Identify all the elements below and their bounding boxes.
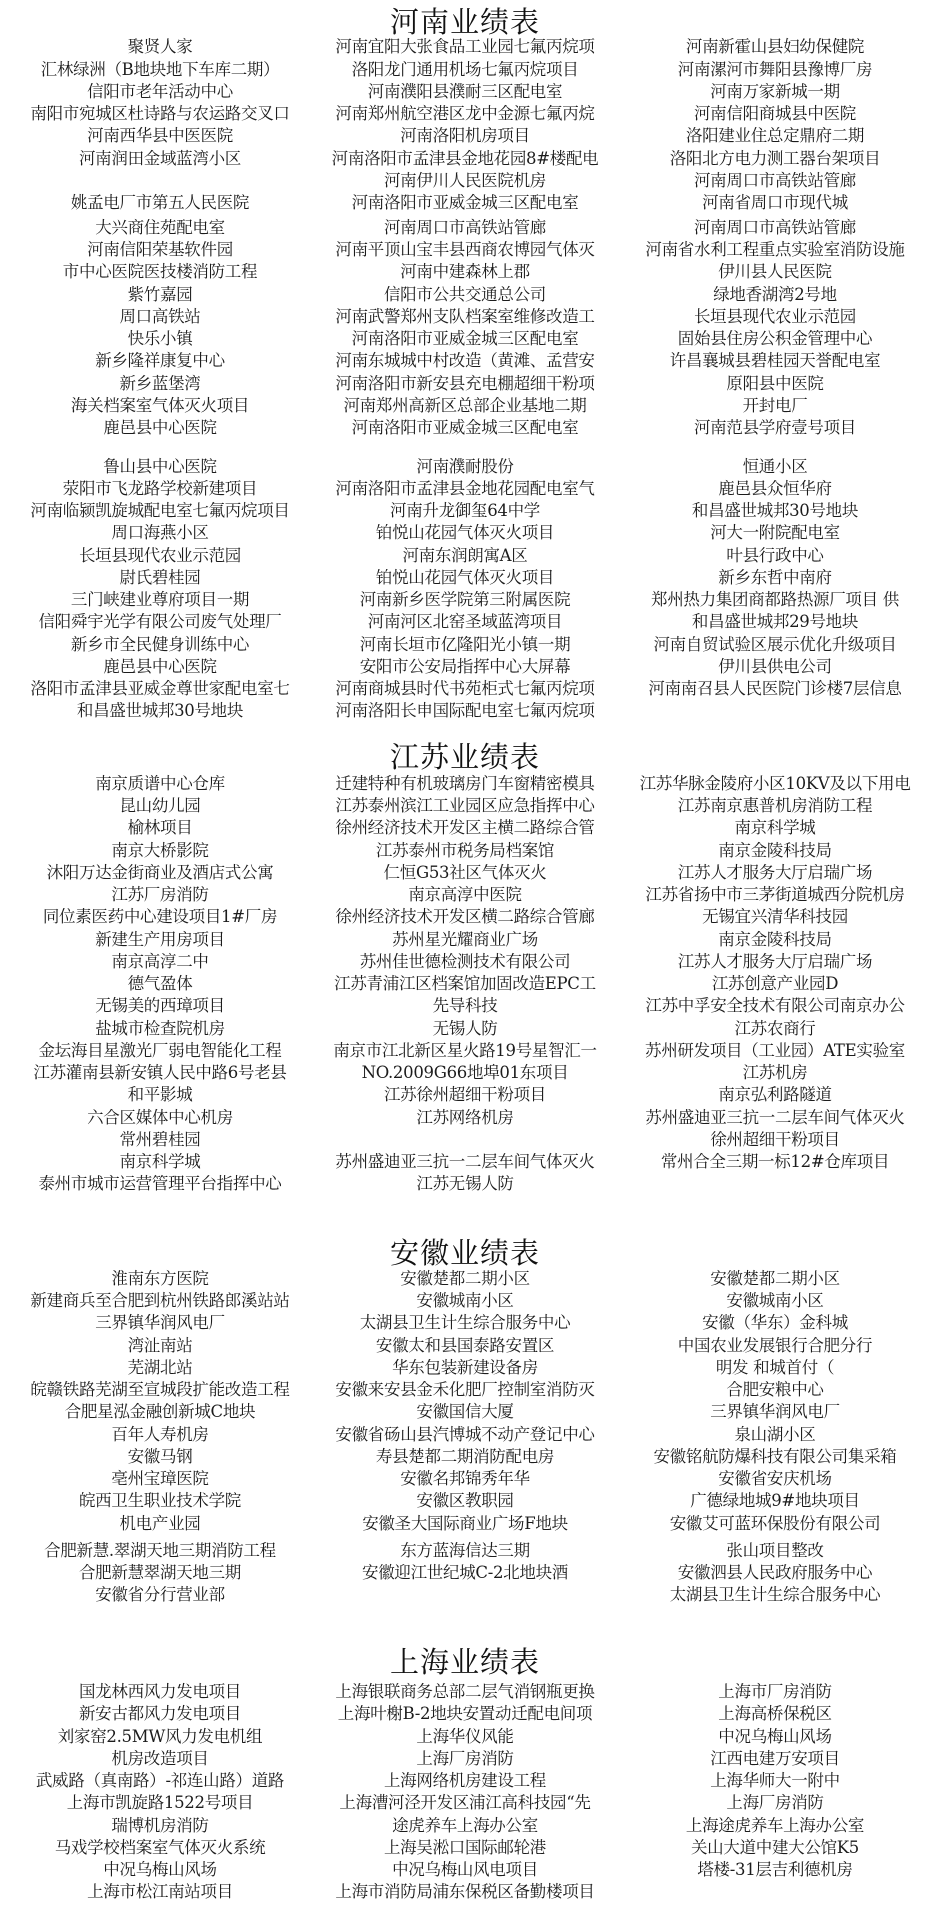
- project-cell: 鹿邑县中心医院: [5, 656, 315, 678]
- table-row: 国龙林西风力发电项目上海银联商务总部二层气消钢瓶更换上海市厂房消防: [0, 1681, 930, 1703]
- project-cell: 河南信阳商城县中医院: [620, 103, 930, 125]
- table-row: 上海市松江南站项目上海市消防局浦东保税区备勤楼项目: [0, 1881, 930, 1903]
- project-cell: 皖赣铁路芜湖至宣城段扩能改造工程: [5, 1379, 315, 1401]
- project-cell: 安徽楚都二期小区: [620, 1268, 930, 1290]
- table-row: 安徽马钢寿县楚都二期消防配电房安徽铭航防爆科技有限公司集采箱: [0, 1446, 930, 1468]
- project-cell: 江苏泰州滨江工业园区应急指挥中心: [310, 795, 620, 817]
- project-cell: 安徽来安县金禾化肥厂控制室消防灭: [310, 1379, 620, 1401]
- project-cell: 机电产业园: [5, 1513, 315, 1535]
- project-cell: 新安古都风力发电项目: [5, 1703, 315, 1725]
- project-cell: 无锡人防: [310, 1018, 620, 1040]
- project-cell: 河南郑州高新区总部企业基地二期: [310, 395, 620, 417]
- table-row: 新建商兵至合肥到杭州铁路郎溪站站安徽城南小区安徽城南小区: [0, 1290, 930, 1312]
- project-cell: 合肥星泓金融创新城C地块: [5, 1401, 315, 1423]
- project-cell: 河南新霍山县妇幼保健院: [620, 36, 930, 58]
- project-cell: 安徽泗县人民政府服务中心: [620, 1562, 930, 1584]
- project-cell: 苏州盛迪亚三抗一二层车间气体灭火: [620, 1107, 930, 1129]
- project-cell: 长垣县现代农业示范园: [620, 306, 930, 328]
- table-row: 江苏厂房消防南京高淳中医院江苏省扬中市三茅街道城西分院机房: [0, 884, 930, 906]
- project-cell: 河南平顶山宝丰县西商农博园气体灭: [310, 239, 620, 261]
- project-cell: 汇林绿洲（B地块地下车库二期）: [5, 59, 315, 81]
- project-cell: 许昌襄城县碧桂园天誉配电室: [620, 350, 930, 372]
- project-cell: 洛阳龙门通用机场七氟丙烷项目: [310, 59, 620, 81]
- project-cell: 苏州佳世德检测技术有限公司: [310, 951, 620, 973]
- project-cell: 江苏人才服务大厅启瑞广场: [620, 862, 930, 884]
- table-row: 机房改造项目上海厂房消防江西电建万安项目: [0, 1748, 930, 1770]
- table-row: 江苏灌南县新安镇人民中路6号老县NO.2009G66地埠01东项目江苏机房: [0, 1062, 930, 1084]
- section-title: 河南业绩表: [0, 5, 930, 39]
- project-cell: 河南洛阳长申国际配电室七氟丙烷项: [310, 700, 620, 722]
- project-cell: 广德绿地城9#地块项目: [620, 1490, 930, 1512]
- project-cell: 国龙林西风力发电项目: [5, 1681, 315, 1703]
- project-cell: 中况乌梅山风电项目: [310, 1859, 620, 1881]
- project-cell: 苏州研发项目（工业园）ATE实验室: [620, 1040, 930, 1062]
- project-cell: 亳州宝璋医院: [5, 1468, 315, 1490]
- table-row: 鹿邑县中心医院河南洛阳市亚威金城三区配电室河南范县学府壹号项目: [0, 417, 930, 439]
- project-cell: 武威路（真南路）-祁连山路）道路: [5, 1770, 315, 1792]
- table-row: 南京科学城苏州盛迪亚三抗一二层车间气体灭火常州合全三期一标12#仓库项目: [0, 1151, 930, 1173]
- project-cell: 鹿邑县中心医院: [5, 417, 315, 439]
- project-cell: 安徽铭航防爆科技有限公司集采箱: [620, 1446, 930, 1468]
- project-cell: 洛阳北方电力测工器台架项目: [620, 148, 930, 170]
- project-cell: 上海银联商务总部二层气消钢瓶更换: [310, 1681, 620, 1703]
- project-cell: 河南濮耐股份: [310, 456, 620, 478]
- project-cell: 南京质谱中心仓库: [5, 773, 315, 795]
- section-title: 江苏业绩表: [0, 740, 930, 774]
- project-cell: 徐州超细干粉项目: [620, 1129, 930, 1151]
- project-cell: 江苏南京惠普机房消防工程: [620, 795, 930, 817]
- project-cell: 昆山幼儿园: [5, 795, 315, 817]
- project-cell: 马戏学校档案室气体灭火系统: [5, 1837, 315, 1859]
- project-cell: 快乐小镇: [5, 328, 315, 350]
- project-cell: 上海市松江南站项目: [5, 1881, 315, 1903]
- project-cell: 河南河区北窑圣域蓝湾项目: [310, 611, 620, 633]
- project-cell: 上海叶榭B-2地块安置动迁配电间项: [310, 1703, 620, 1725]
- table-row: 南京大桥影院江苏泰州市税务局档案馆南京金陵科技局: [0, 840, 930, 862]
- project-cell: 沐阳万达金街商业及酒店式公寓: [5, 862, 315, 884]
- project-cell: 周口海燕小区: [5, 522, 315, 544]
- project-cell: 河南漯河市舞阳县豫博厂房: [620, 59, 930, 81]
- table-row: 南京质谱中心仓库迁建特种有机玻璃房门车窗精密模具江苏华脉金陵府小区10KV及以下…: [0, 773, 930, 795]
- project-cell: 徐州经济技术开发区主横二路综合管: [310, 817, 620, 839]
- project-cell: 河南南召县人民医院门诊楼7层信息: [620, 678, 930, 700]
- project-cell: 无锡美的西璋项目: [5, 995, 315, 1017]
- project-cell: 河南东润朗寓A区: [310, 545, 620, 567]
- project-cell: 新乡市全民健身训练中心: [5, 634, 315, 656]
- project-cell: 新建生产用房项目: [5, 929, 315, 951]
- table-row: 新乡市全民健身训练中心河南长垣市亿隆阳光小镇一期河南自贸试验区展示优化升级项目: [0, 634, 930, 656]
- project-cell: 尉氏碧桂园: [5, 567, 315, 589]
- project-cell: 塔楼-31层吉利德机房: [620, 1859, 930, 1881]
- table-row: 紫竹嘉园信阳市公共交通总公司绿地香湖湾2号地: [0, 284, 930, 306]
- project-cell: 河南濮阳县濮耐三区配电室: [310, 81, 620, 103]
- project-cell: 南京大桥影院: [5, 840, 315, 862]
- project-cell: 安徽国信大厦: [310, 1401, 620, 1423]
- table-row: 河南伊川人民医院机房河南周口市高铁站管廊: [0, 170, 930, 192]
- project-cell: 鹿邑县众恒华府: [620, 478, 930, 500]
- table-row: 常州碧桂园徐州超细干粉项目: [0, 1129, 930, 1151]
- table-row: 南京高淳二中苏州佳世德检测技术有限公司江苏人才服务大厅启瑞广场: [0, 951, 930, 973]
- project-cell: 六合区媒体中心机房: [5, 1107, 315, 1129]
- project-cell: 河南洛阳市亚威金城三区配电室: [310, 328, 620, 350]
- table-row: 信阳舜宇光学有限公司废气处理厂河南河区北窑圣域蓝湾项目和昌盛世城邦29号地块: [0, 611, 930, 633]
- table-row: 武威路（真南路）-祁连山路）道路上海网络机房建设工程上海华师大一附中: [0, 1770, 930, 1792]
- table-row: 河南信阳荣基软件园河南平顶山宝丰县西商农博园气体灭河南省水利工程重点实验室消防设…: [0, 239, 930, 261]
- project-cell: 河南东城城中村改造（黄滩、孟营安: [310, 350, 620, 372]
- project-cell: 芜湖北站: [5, 1357, 315, 1379]
- project-cell: 徐州经济技术开发区横二路综合管廊: [310, 906, 620, 928]
- project-cell: 太湖县卫生计生综合服务中心: [310, 1312, 620, 1334]
- project-cell: 江苏厂房消防: [5, 884, 315, 906]
- table-row: 新乡蓝堡湾河南洛阳市新安县充电棚超细干粉项原阳县中医院: [0, 373, 930, 395]
- project-cell: 原阳县中医院: [620, 373, 930, 395]
- project-cell: 明发 和城首付（: [620, 1357, 930, 1379]
- project-cell: 上海高桥保税区: [620, 1703, 930, 1725]
- project-cell: 大兴商住苑配电室: [5, 217, 315, 239]
- table-row: 快乐小镇河南洛阳市亚威金城三区配电室固始县住房公积金管理中心: [0, 328, 930, 350]
- project-cell: 荥阳市飞龙路学校新建项目: [5, 478, 315, 500]
- table-row: 机电产业园安徽圣大国际商业广场F地块安徽艾可蓝环保股份有限公司: [0, 1513, 930, 1535]
- table-row: 新安古都风力发电项目上海叶榭B-2地块安置动迁配电间项上海高桥保税区: [0, 1703, 930, 1725]
- project-cell: 瑞博机房消防: [5, 1815, 315, 1837]
- project-cell: 先导科技: [310, 995, 620, 1017]
- project-cell: 常州碧桂园: [5, 1129, 315, 1151]
- project-cell: 南京金陵科技局: [620, 840, 930, 862]
- project-cell: 中国农业发展银行合肥分行: [620, 1335, 930, 1357]
- table-row: 三门峡建业尊府项目一期河南新乡医学院第三附属医院郑州热力集团商都路热源厂项目 供: [0, 589, 930, 611]
- project-cell: 新乡东哲中南府: [620, 567, 930, 589]
- table-row: 姚孟电厂市第五人民医院河南洛阳市亚威金城三区配电室河南省周口市现代城: [0, 192, 930, 214]
- table-row: 淮南东方医院安徽楚都二期小区安徽楚都二期小区: [0, 1268, 930, 1290]
- project-cell: 开封电厂: [620, 395, 930, 417]
- project-cell: 安徽迎江世纪城C-2北地块酒: [310, 1562, 620, 1584]
- table-row: 三界镇华润风电厂太湖县卫生计生综合服务中心安徽（华东）金科城: [0, 1312, 930, 1334]
- project-cell: 铂悦山花园气体灭火项目: [310, 522, 620, 544]
- project-cell: 江苏农商行: [620, 1018, 930, 1040]
- project-cell: 安徽省砀山县汽博城不动产登记中心: [310, 1424, 620, 1446]
- table-row: 金坛海目星激光厂弱电智能化工程南京市江北新区星火路19号星智汇一苏州研发项目（工…: [0, 1040, 930, 1062]
- project-cell: 河南商城县时代书苑柜式七氟丙烷项: [310, 678, 620, 700]
- project-cell: 百年人寿机房: [5, 1424, 315, 1446]
- project-cell: 新乡隆祥康复中心: [5, 350, 315, 372]
- project-cell: 南京高淳二中: [5, 951, 315, 973]
- project-cell: 和昌盛世城邦30号地块: [5, 700, 315, 722]
- project-cell: 中况乌梅山风场: [620, 1726, 930, 1748]
- table-row: 泰州市城市运营管理平台指挥中心江苏无锡人防: [0, 1173, 930, 1195]
- project-cell: 三门峡建业尊府项目一期: [5, 589, 315, 611]
- project-cell: 河南郑州航空港区龙中金源七氟丙烷: [310, 103, 620, 125]
- project-cell: 迁建特种有机玻璃房门车窗精密模具: [310, 773, 620, 795]
- project-cell: 上海市凯旋路1522号项目: [5, 1792, 315, 1814]
- table-row: 沐阳万达金街商业及酒店式公寓仁恒G53社区气体灭火江苏人才服务大厅启瑞广场: [0, 862, 930, 884]
- project-cell: 德气盈体: [5, 973, 315, 995]
- project-cell: 江苏无锡人防: [310, 1173, 620, 1195]
- project-cell: 安阳市公安局指挥中心大屏幕: [310, 656, 620, 678]
- project-cell: 伊川县供电公司: [620, 656, 930, 678]
- table-row: 芜湖北站华东包装新建设备房明发 和城首付（: [0, 1357, 930, 1379]
- project-cell: 固始县住房公积金管理中心: [620, 328, 930, 350]
- table-row: 刘家窑2.5MW风力发电机组上海华仪风能中况乌梅山风场: [0, 1726, 930, 1748]
- project-cell: 和昌盛世城邦30号地块: [620, 500, 930, 522]
- table-row: 聚贤人家河南宜阳大张食品工业园七氟丙烷项河南新霍山县妇幼保健院: [0, 36, 930, 58]
- table-row: 无锡美的西璋项目先导科技江苏中孚安全技术有限公司南京办公: [0, 995, 930, 1017]
- table-row: 昆山幼儿园江苏泰州滨江工业园区应急指挥中心江苏南京惠普机房消防工程: [0, 795, 930, 817]
- table-row: 和昌盛世城邦30号地块河南洛阳长申国际配电室七氟丙烷项: [0, 700, 930, 722]
- table-row: 中况乌梅山风场中况乌梅山风电项目塔楼-31层吉利德机房: [0, 1859, 930, 1881]
- project-cell: 途虎养车上海办公室: [310, 1815, 620, 1837]
- project-cell: 仁恒G53社区气体灭火: [310, 862, 620, 884]
- project-cell: 伊川县人民医院: [620, 261, 930, 283]
- project-cell: 河南周口市高铁站管廊: [310, 217, 620, 239]
- project-cell: 上海吴淞口国际邮轮港: [310, 1837, 620, 1859]
- project-cell: 上海途虎养车上海办公室: [620, 1815, 930, 1837]
- project-cell: 安徽名邦锦秀年华: [310, 1468, 620, 1490]
- project-cell: 聚贤人家: [5, 36, 315, 58]
- project-cell: 机房改造项目: [5, 1748, 315, 1770]
- project-cell: 刘家窑2.5MW风力发电机组: [5, 1726, 315, 1748]
- table-row: 鲁山县中心医院河南濮耐股份恒通小区: [0, 456, 930, 478]
- project-cell: 河南新乡医学院第三附属医院: [310, 589, 620, 611]
- project-cell: 恒通小区: [620, 456, 930, 478]
- project-cell: 合肥安粮中心: [620, 1379, 930, 1401]
- project-cell: 周口高铁站: [5, 306, 315, 328]
- project-cell: 常州合全三期一标12#仓库项目: [620, 1151, 930, 1173]
- project-cell: 河南省周口市现代城: [620, 192, 930, 214]
- project-cell: 安徽省分行营业部: [5, 1584, 315, 1606]
- table-row: 信阳市老年活动中心河南濮阳县濮耐三区配电室河南万家新城一期: [0, 81, 930, 103]
- project-cell: 东方蓝海信达三期: [310, 1540, 620, 1562]
- project-cell: 河南信阳荣基软件园: [5, 239, 315, 261]
- project-cell: 上海厂房消防: [620, 1792, 930, 1814]
- project-cell: 金坛海目星激光厂弱电智能化工程: [5, 1040, 315, 1062]
- table-row: 尉氏碧桂园铂悦山花园气体灭火项目新乡东哲中南府: [0, 567, 930, 589]
- project-cell: 江苏机房: [620, 1062, 930, 1084]
- table-row: 河南临颍凯旋城配电室七氟丙烷项目河南升龙御玺64中学和昌盛世城邦30号地块: [0, 500, 930, 522]
- project-cell: 安徽圣大国际商业广场F地块: [310, 1513, 620, 1535]
- project-cell: 江苏泰州市税务局档案馆: [310, 840, 620, 862]
- project-cell: 安徽区教职园: [310, 1490, 620, 1512]
- project-cell: 淮南东方医院: [5, 1268, 315, 1290]
- table-row: 汇林绿洲（B地块地下车库二期）洛阳龙门通用机场七氟丙烷项目河南漯河市舞阳县豫博厂…: [0, 59, 930, 81]
- project-cell: 上海市消防局浦东保税区备勤楼项目: [310, 1881, 620, 1903]
- project-cell: 河南润田金域蓝湾小区: [5, 148, 315, 170]
- project-cell: 河南万家新城一期: [620, 81, 930, 103]
- project-cell: 张山项目整改: [620, 1540, 930, 1562]
- project-cell: 河南升龙御玺64中学: [310, 500, 620, 522]
- project-cell: 泰州市城市运营管理平台指挥中心: [5, 1173, 315, 1195]
- table-row: 马戏学校档案室气体灭火系统上海吴淞口国际邮轮港关山大道中建大公馆K5: [0, 1837, 930, 1859]
- project-cell: 上海网络机房建设工程: [310, 1770, 620, 1792]
- project-cell: 安徽艾可蓝环保股份有限公司: [620, 1513, 930, 1535]
- project-cell: 河南伊川人民医院机房: [310, 170, 620, 192]
- project-cell: 安徽城南小区: [310, 1290, 620, 1312]
- project-cell: 江苏省扬中市三茅街道城西分院机房: [620, 884, 930, 906]
- project-cell: 河南洛阳机房项目: [310, 125, 620, 147]
- project-cell: 太湖县卫生计生综合服务中心: [620, 1584, 930, 1606]
- table-row: 皖西卫生职业技术学院安徽区教职园广德绿地城9#地块项目: [0, 1490, 930, 1512]
- project-cell: 安徽城南小区: [620, 1290, 930, 1312]
- project-cell: 苏州星光耀商业广场: [310, 929, 620, 951]
- table-row: 市中心医院医技楼消防工程河南中建森林上郡伊川县人民医院: [0, 261, 930, 283]
- project-cell: 和昌盛世城邦29号地块: [620, 611, 930, 633]
- table-row: 六合区媒体中心机房江苏网络机房苏州盛迪亚三抗一二层车间气体灭火: [0, 1107, 930, 1129]
- project-cell: 三界镇华润风电厂: [5, 1312, 315, 1334]
- project-cell: 安徽省安庆机场: [620, 1468, 930, 1490]
- project-cell: 河南洛阳市孟津县金地花园配电室气: [310, 478, 620, 500]
- project-cell: 河南范县学府壹号项目: [620, 417, 930, 439]
- table-row: 长垣县现代农业示范园河南东润朗寓A区叶县行政中心: [0, 545, 930, 567]
- project-cell: 南京弘利路隧道: [620, 1084, 930, 1106]
- project-cell: 新乡蓝堡湾: [5, 373, 315, 395]
- project-cell: 长垣县现代农业示范园: [5, 545, 315, 567]
- table-row: 安徽省分行营业部太湖县卫生计生综合服务中心: [0, 1584, 930, 1606]
- project-cell: 泉山湖小区: [620, 1424, 930, 1446]
- project-cell: 南京科学城: [5, 1151, 315, 1173]
- project-cell: 姚孟电厂市第五人民医院: [5, 192, 315, 214]
- project-cell: 鲁山县中心医院: [5, 456, 315, 478]
- project-cell: 河大一附院配电室: [620, 522, 930, 544]
- project-cell: 安徽马钢: [5, 1446, 315, 1468]
- project-cell: 江苏人才服务大厅启瑞广场: [620, 951, 930, 973]
- project-cell: 南阳市宛城区杜诗路与农运路交叉口: [5, 103, 315, 125]
- table-row: 合肥新慧翠湖天地三期安徽迎江世纪城C-2北地块酒安徽泗县人民政府服务中心: [0, 1562, 930, 1584]
- table-row: 洛阳市孟津县亚威金尊世家配电室七河南商城县时代书苑柜式七氟丙烷项河南南召县人民医…: [0, 678, 930, 700]
- project-cell: 上海华仪风能: [310, 1726, 620, 1748]
- project-cell: 中况乌梅山风场: [5, 1859, 315, 1881]
- project-cell: 市中心医院医技楼消防工程: [5, 261, 315, 283]
- table-row: 合肥新慧.翠湖天地三期消防工程东方蓝海信达三期张山项目整改: [0, 1540, 930, 1562]
- table-row: 海关档案室气体灭火项目河南郑州高新区总部企业基地二期开封电厂: [0, 395, 930, 417]
- section-title: 上海业绩表: [0, 1645, 930, 1679]
- project-cell: 信阳市老年活动中心: [5, 81, 315, 103]
- project-cell: 南京科学城: [620, 817, 930, 839]
- project-cell: 海关档案室气体灭火项目: [5, 395, 315, 417]
- project-cell: 安徽楚都二期小区: [310, 1268, 620, 1290]
- project-cell: 关山大道中建大公馆K5: [620, 1837, 930, 1859]
- project-cell: 三界镇华润风电厂: [620, 1401, 930, 1423]
- project-cell: 合肥新慧.翠湖天地三期消防工程: [5, 1540, 315, 1562]
- project-cell: 铂悦山花园气体灭火项目: [310, 567, 620, 589]
- project-cell: 安徽太和县国泰路安置区: [310, 1335, 620, 1357]
- project-cell: 盐城市检查院机房: [5, 1018, 315, 1040]
- project-cell: 上海厂房消防: [310, 1748, 620, 1770]
- project-cell: 新建商兵至合肥到杭州铁路郎溪站站: [5, 1290, 315, 1312]
- table-row: 皖赣铁路芜湖至宣城段扩能改造工程安徽来安县金禾化肥厂控制室消防灭合肥安粮中心: [0, 1379, 930, 1401]
- project-cell: 无锡宜兴清华科技园: [620, 906, 930, 928]
- project-cell: 合肥新慧翠湖天地三期: [5, 1562, 315, 1584]
- project-cell: 同位素医药中心建设项目1#厂房: [5, 906, 315, 928]
- project-cell: 绿地香湖湾2号地: [620, 284, 930, 306]
- table-row: 河南润田金域蓝湾小区河南洛阳市孟津县金地花园8#楼配电洛阳北方电力测工器台架项目: [0, 148, 930, 170]
- project-cell: 上海漕河泾开发区浦江高科技园“先: [310, 1792, 620, 1814]
- project-cell: 上海华师大一附中: [620, 1770, 930, 1792]
- table-row: 荥阳市飞龙路学校新建项目河南洛阳市孟津县金地花园配电室气鹿邑县众恒华府: [0, 478, 930, 500]
- project-cell: 郑州热力集团商都路热源厂项目 供: [620, 589, 930, 611]
- project-cell: 河南宜阳大张食品工业园七氟丙烷项: [310, 36, 620, 58]
- table-row: 和平影城江苏徐州超细干粉项目南京弘利路隧道: [0, 1084, 930, 1106]
- table-row: 合肥星泓金融创新城C地块安徽国信大厦三界镇华润风电厂: [0, 1401, 930, 1423]
- project-cell: 河南洛阳市新安县充电棚超细干粉项: [310, 373, 620, 395]
- project-cell: 华东包装新建设备房: [310, 1357, 620, 1379]
- project-cell: 河南省水利工程重点实验室消防设施: [620, 239, 930, 261]
- project-cell: 信阳市公共交通总公司: [310, 284, 620, 306]
- project-cell: 叶县行政中心: [620, 545, 930, 567]
- project-cell: 苏州盛迪亚三抗一二层车间气体灭火: [310, 1151, 620, 1173]
- table-row: 周口高铁站河南武警郑州支队档案室维修改造工长垣县现代农业示范园: [0, 306, 930, 328]
- table-row: 南阳市宛城区杜诗路与农运路交叉口河南郑州航空港区龙中金源七氟丙烷河南信阳商城县中…: [0, 103, 930, 125]
- table-row: 鹿邑县中心医院安阳市公安局指挥中心大屏幕伊川县供电公司: [0, 656, 930, 678]
- project-cell: 江苏灌南县新安镇人民中路6号老县: [5, 1062, 315, 1084]
- project-cell: 河南自贸试验区展示优化升级项目: [620, 634, 930, 656]
- project-cell: NO.2009G66地埠01东项目: [310, 1062, 620, 1084]
- project-cell: 皖西卫生职业技术学院: [5, 1490, 315, 1512]
- table-row: 亳州宝璋医院安徽名邦锦秀年华安徽省安庆机场: [0, 1468, 930, 1490]
- table-row: 大兴商住苑配电室河南周口市高铁站管廊河南周口市高铁站管廊: [0, 217, 930, 239]
- project-cell: 江苏创意产业园D: [620, 973, 930, 995]
- project-cell: 河南周口市高铁站管廊: [620, 217, 930, 239]
- project-cell: 信阳舜宇光学有限公司废气处理厂: [5, 611, 315, 633]
- table-row: 榆林项目徐州经济技术开发区主横二路综合管南京科学城: [0, 817, 930, 839]
- table-row: 新建生产用房项目苏州星光耀商业广场南京金陵科技局: [0, 929, 930, 951]
- project-cell: 江苏青浦江区档案馆加固改造EPC工: [310, 973, 620, 995]
- table-row: 湾沚南站安徽太和县国泰路安置区中国农业发展银行合肥分行: [0, 1335, 930, 1357]
- project-cell: 南京市江北新区星火路19号星智汇一: [310, 1040, 620, 1062]
- project-cell: 河南武警郑州支队档案室维修改造工: [310, 306, 620, 328]
- project-cell: 河南长垣市亿隆阳光小镇一期: [310, 634, 620, 656]
- project-cell: 河南临颍凯旋城配电室七氟丙烷项目: [5, 500, 315, 522]
- project-cell: 河南洛阳市孟津县金地花园8#楼配电: [310, 148, 620, 170]
- project-cell: 河南洛阳市亚威金城三区配电室: [310, 417, 620, 439]
- table-row: 盐城市检查院机房无锡人防江苏农商行: [0, 1018, 930, 1040]
- project-cell: 河南西华县中医医院: [5, 125, 315, 147]
- table-row: 上海市凯旋路1522号项目上海漕河泾开发区浦江高科技园“先上海厂房消防: [0, 1792, 930, 1814]
- project-cell: 江苏网络机房: [310, 1107, 620, 1129]
- project-cell: 河南周口市高铁站管廊: [620, 170, 930, 192]
- project-cell: 洛阳市孟津县亚威金尊世家配电室七: [5, 678, 315, 700]
- project-cell: 洛阳建业住总定鼎府二期: [620, 125, 930, 147]
- table-row: 同位素医药中心建设项目1#厂房徐州经济技术开发区横二路综合管廊无锡宜兴清华科技园: [0, 906, 930, 928]
- project-cell: 湾沚南站: [5, 1335, 315, 1357]
- table-row: 德气盈体江苏青浦江区档案馆加固改造EPC工江苏创意产业园D: [0, 973, 930, 995]
- section-title: 安徽业绩表: [0, 1236, 930, 1270]
- project-cell: 和平影城: [5, 1084, 315, 1106]
- project-cell: 河南洛阳市亚威金城三区配电室: [310, 192, 620, 214]
- table-row: 百年人寿机房安徽省砀山县汽博城不动产登记中心泉山湖小区: [0, 1424, 930, 1446]
- project-cell: 江苏华脉金陵府小区10KV及以下用电: [620, 773, 930, 795]
- project-cell: 江西电建万安项目: [620, 1748, 930, 1770]
- table-row: 新乡隆祥康复中心河南东城城中村改造（黄滩、孟营安许昌襄城县碧桂园天誉配电室: [0, 350, 930, 372]
- project-cell: 河南中建森林上郡: [310, 261, 620, 283]
- project-cell: 榆林项目: [5, 817, 315, 839]
- project-cell: 南京金陵科技局: [620, 929, 930, 951]
- project-cell: 江苏中孚安全技术有限公司南京办公: [620, 995, 930, 1017]
- table-row: 周口海燕小区铂悦山花园气体灭火项目河大一附院配电室: [0, 522, 930, 544]
- project-cell: 江苏徐州超细干粉项目: [310, 1084, 620, 1106]
- table-row: 瑞博机房消防途虎养车上海办公室上海途虎养车上海办公室: [0, 1815, 930, 1837]
- project-cell: 寿县楚都二期消防配电房: [310, 1446, 620, 1468]
- table-row: 河南西华县中医医院河南洛阳机房项目洛阳建业住总定鼎府二期: [0, 125, 930, 147]
- project-cell: 安徽（华东）金科城: [620, 1312, 930, 1334]
- project-cell: 紫竹嘉园: [5, 284, 315, 306]
- project-cell: 上海市厂房消防: [620, 1681, 930, 1703]
- project-cell: 南京高淳中医院: [310, 884, 620, 906]
